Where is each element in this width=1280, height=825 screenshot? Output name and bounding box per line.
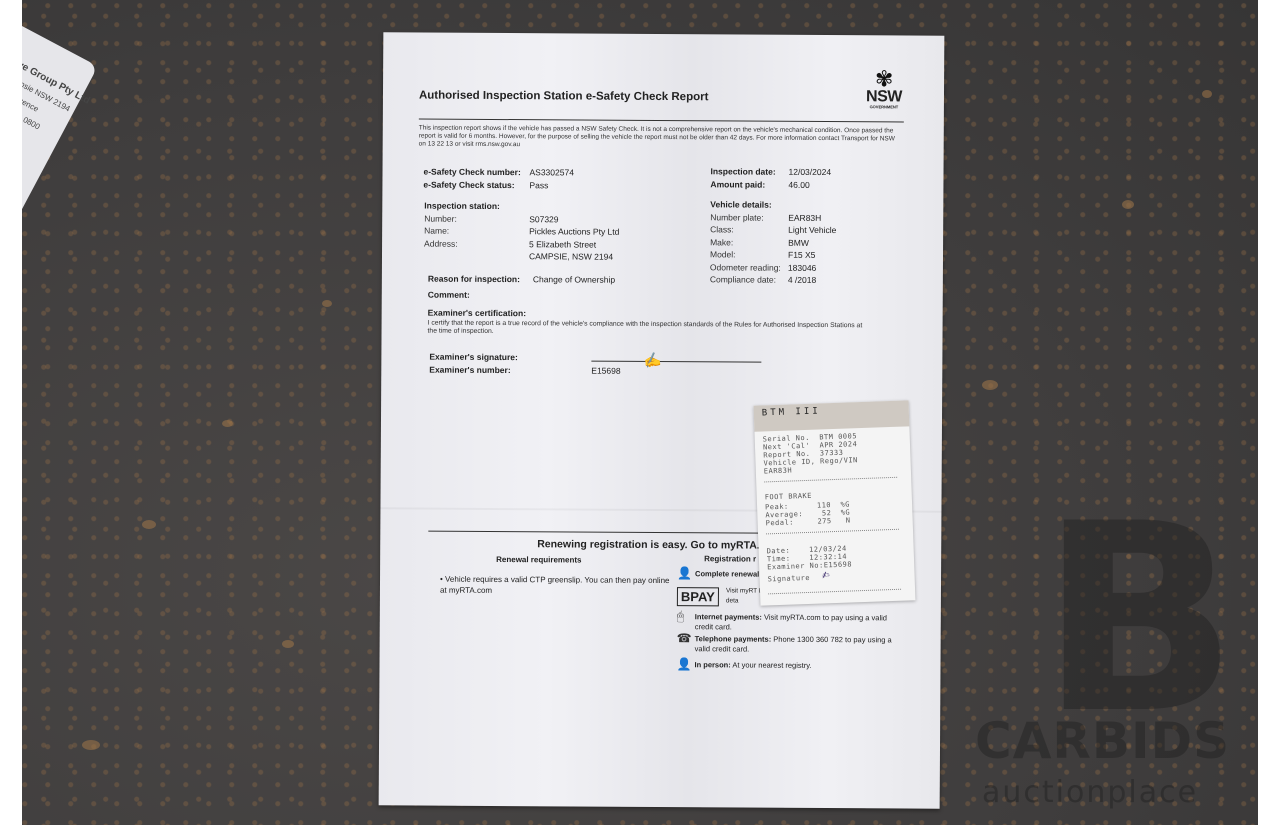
signature-label: Examiner's signature: [429,351,591,364]
renewal-title: Renewing registration is easy. Go to myR… [537,538,760,551]
inspection-date: 12/03/2024 [788,167,831,177]
make: BMW [788,237,809,247]
receipt-examiner: Examiner No:E15698 [767,560,852,571]
reason: Change of Ownership [533,274,615,285]
station-name-label: Name: [424,225,529,238]
examiner-signature: ✍ [642,350,663,370]
class-label: Class: [710,223,788,236]
station-heading: Inspection station: [424,200,619,214]
watermark-brand: CARBIDS [975,712,1230,770]
inspection-date-label: Inspection date: [710,165,788,178]
receipt-signature-label: Signature [767,574,810,583]
compliance-date: 4 /2018 [788,275,816,285]
check-status: Pass [529,180,548,190]
check-number-label: e-Safety Check number: [423,166,529,179]
person-icon: 👤 [676,660,691,670]
requirement-text: Vehicle requires a valid CTP greenslip. … [440,575,670,595]
station-name: Pickles Auctions Pty Ltd [529,226,619,237]
requirements-heading: Renewal requirements [496,555,581,565]
receipt-test: FOOT BRAKE [765,492,812,502]
station-address-label: Address: [424,237,529,250]
nsw-government-logo: ✾ NSW GOVERNMENT [864,69,904,109]
requirement-item: • Vehicle requires a valid CTP greenslip… [440,575,670,597]
class: Light Vehicle [788,225,836,235]
intro-text: This inspection report shows if the vehi… [419,125,904,152]
station-number: S07329 [529,214,558,224]
internet-label: Internet payments: [695,612,762,621]
telephone-label: Telephone payments: [695,634,772,643]
comment-label: Comment: [428,288,470,301]
make-label: Make: [710,236,788,249]
plate-label: Number plate: [710,211,788,224]
examiner-number-label: Examiner's number: [429,363,591,376]
check-status-label: e-Safety Check status: [423,178,529,191]
waratah-icon: ✾ [864,69,904,89]
dealer-card: otive Group Pty Ltd r, Campsie NSW 2194 … [22,10,98,230]
logo-word: NSW [864,89,904,104]
bpay-logo: BPAY [677,587,719,606]
amount-paid-label: Amount paid: [710,178,788,191]
station-address-line2: CAMPSIE, NSW 2194 [529,251,613,262]
header-rule [419,119,904,123]
odometer: 183046 [788,262,816,272]
receipt-header: BTM III [754,400,910,431]
reason-label: Reason for inspection: [428,273,533,286]
telephone-payments: ☎ Telephone payments: Phone 1300 360 782… [677,634,902,654]
receipt-rego: EAR83H [764,466,793,475]
inperson-label: In person: [694,660,730,669]
options-heading: Registration r [704,554,756,563]
amount-paid: 46.00 [788,179,809,189]
person-icon: 👤 [677,569,692,579]
telephone-icon: ☎ [677,634,692,644]
brake-test-receipt: BTM III Serial No. BTM 0005 Next 'Cal' A… [754,400,916,605]
internet-payments: 🖱 Internet payments: Visit myRTA.com to … [677,612,902,632]
station-number-label: Number: [424,212,529,225]
watermark-tagline: auctionplace [982,775,1198,810]
vehicle-heading: Vehicle details: [710,198,836,211]
examiner-number: E15698 [591,365,620,375]
in-person: 👤 In person: At your nearest registry. [676,660,901,671]
check-number: AS3302574 [529,167,573,177]
model: F15 X5 [788,250,815,260]
inperson-text: At your nearest registry. [732,660,811,669]
logo-sub: GOVERNMENT [864,104,904,109]
model-label: Model: [710,248,788,261]
watermark-logo: B [1040,490,1238,750]
mouse-icon: 🖱 [677,612,684,622]
station-address-line1: 5 Elizabeth Street [529,239,596,249]
odometer-label: Odometer reading: [710,261,788,274]
compliance-label: Compliance date: [710,273,788,286]
plate: EAR83H [788,212,821,222]
certification-text: I certify that the report is a true reco… [428,319,868,339]
receipt-pedal: Pedal: 275 N [766,516,851,527]
report-title: Authorised Inspection Station e-Safety C… [419,90,709,104]
